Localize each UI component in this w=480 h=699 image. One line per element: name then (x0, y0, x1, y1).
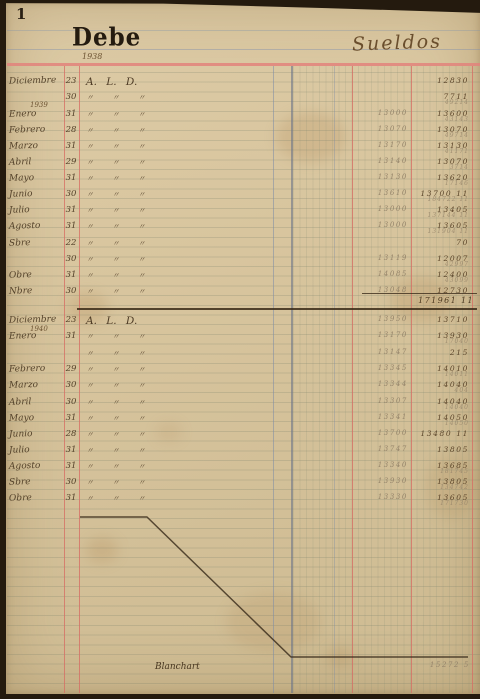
date-label: Julio (9, 444, 63, 455)
sub-amount: 184722 11 (412, 196, 469, 203)
date-label: Diciembre (9, 75, 63, 86)
date-label: Junio (9, 428, 63, 439)
date-label: Diciembre (9, 314, 63, 325)
day-number: 31 (63, 461, 79, 471)
ink-amount: 13480 11 (412, 429, 469, 438)
debit-title: Debe (72, 23, 141, 52)
pencil-amount: 13700 (354, 429, 408, 437)
date-label: Enero (9, 108, 63, 119)
ledger-row: Abril 29 〃 〃 〃 13140 13070 3714 (0, 157, 480, 171)
pencil-amount: 14085 (354, 270, 408, 278)
day-number: 30 (63, 254, 79, 264)
pencil-amount: 13747 (354, 445, 408, 453)
ledger-row: Julio 31 〃 〃 〃 13000 13405 137144 11 (0, 205, 480, 219)
entry-detail: 〃 〃 〃 (86, 221, 206, 232)
ledger-row: Julio 31 〃 〃 〃 13747 13805 (0, 445, 480, 459)
entry-detail: 〃 〃 〃 (86, 286, 206, 297)
sub-amount: 14011 (412, 371, 469, 378)
photo-edge-left (0, 0, 6, 699)
date-label: Agosto (9, 220, 63, 231)
entry-detail: 〃 〃 〃 (86, 92, 206, 103)
entry-detail: 〃 〃 〃 (86, 397, 206, 408)
ledger-row: Obre 31 〃 〃 〃 13330 13605 171730 (0, 493, 480, 507)
date-label: Sbre (9, 476, 63, 487)
sub-amount: 41171 (412, 148, 469, 155)
day-number: 30 (63, 189, 79, 199)
sub-amount: 14040 (412, 404, 469, 411)
ledger-row: Mayo 31 〃 〃 〃 13130 13620 17146 (0, 173, 480, 187)
day-number: 28 (63, 125, 79, 135)
day-number: 30 (63, 380, 79, 390)
sub-amount: 43143 (412, 116, 469, 123)
date-label (9, 347, 63, 348)
entry-detail: 〃 〃 〃 (86, 413, 206, 424)
entry-detail: A. L. D. (86, 76, 206, 88)
date-label: Abril (9, 396, 63, 407)
ledger-row: Diciembre 23 A. L. D. 12830 (0, 76, 480, 90)
entry-detail: 〃 〃 〃 (86, 270, 206, 281)
date-label: Nbre (9, 285, 63, 296)
ledger-row: Abril 30 〃 〃 〃 13307 14040 14040 (0, 397, 480, 411)
date-label: Abril (9, 156, 63, 167)
section-separator-rule (77, 308, 477, 310)
day-number: 31 (63, 493, 79, 503)
entry-detail: 〃 〃 〃 (86, 429, 206, 440)
sub-amount: 3714 (412, 164, 469, 171)
sub-amount: 49714 (412, 132, 469, 139)
entry-detail: 〃 〃 〃 (86, 109, 206, 120)
pencil-amount: 13930 (354, 477, 408, 485)
pencil-amount: 13000 (354, 109, 408, 117)
day-number: 31 (63, 445, 79, 455)
entry-detail: 〃 〃 〃 (86, 348, 206, 359)
ink-amount: 12830 (412, 76, 469, 85)
sub-amount: 131904 11 (412, 228, 469, 235)
pencil-amount: 13147 (354, 348, 408, 356)
day-number: 30 (63, 286, 79, 296)
pencil-amount: 13341 (354, 413, 408, 421)
pencil-amount: 13307 (354, 397, 408, 405)
entry-detail: 〃 〃 〃 (86, 380, 206, 391)
ledger-row: 30 〃 〃 〃 13119 12007 42997 (0, 254, 480, 268)
entry-detail: 〃 〃 〃 (86, 205, 206, 216)
ledger-row: Junio 30 〃 〃 〃 13610 13700 11 184722 11 (0, 189, 480, 203)
ink-amount: 13710 (412, 315, 469, 324)
day-number: 30 (63, 397, 79, 407)
day-number: 23 (63, 315, 79, 325)
ledger-row: Sbre 22 〃 〃 〃 70 (0, 238, 480, 252)
pencil-amount: 13119 (354, 254, 408, 262)
ledger-row: Marzo 30 〃 〃 〃 13344 14040 404 (0, 380, 480, 394)
ledger-row: Sbre 30 〃 〃 〃 13930 13805 134742 (0, 477, 480, 491)
entry-detail: 〃 〃 〃 (86, 461, 206, 472)
day-number: 31 (63, 109, 79, 119)
date-label: Enero (9, 330, 63, 341)
section-total: 171961 11 (412, 296, 474, 305)
date-label (9, 91, 63, 92)
pencil-amount: 13170 (354, 141, 408, 149)
ink-amount: 70 (412, 238, 469, 247)
day-number: 31 (63, 413, 79, 423)
day-number: 31 (63, 270, 79, 280)
ledger-row: Agosto 31 〃 〃 〃 13340 13685 181745 (0, 461, 480, 475)
ledger-row: Marzo 31 〃 〃 〃 13170 13130 41171 (0, 141, 480, 155)
footer-signature: Blanchart (155, 662, 200, 672)
date-label: Marzo (9, 379, 63, 390)
ledger-row: Obre 31 〃 〃 〃 14085 12400 43099 (0, 270, 480, 284)
pencil-amount: 13170 (354, 331, 408, 339)
sub-amount: 14050 (412, 420, 469, 427)
entry-detail: 〃 〃 〃 (86, 254, 206, 265)
ledger-row: 1939 Enero 31 〃 〃 〃 13000 13600 43143 (0, 109, 480, 123)
entry-detail: 〃 〃 〃 (86, 173, 206, 184)
ledger-row: 1940 Diciembre 23 A. L. D. 13950 13710 (0, 315, 480, 329)
entry-detail: 〃 〃 〃 (86, 445, 206, 456)
sub-amount: 137144 11 (412, 212, 469, 219)
entry-detail: 〃 〃 〃 (86, 331, 206, 342)
red-header-rule (7, 63, 480, 66)
ledger-row: Mayo 31 〃 〃 〃 13341 14050 14050 (0, 413, 480, 427)
day-number: 30 (63, 92, 79, 102)
pencil-amount: 13344 (354, 380, 408, 388)
sub-amount: 404 (412, 387, 469, 394)
date-label: Mayo (9, 172, 63, 183)
entry-detail: 〃 〃 〃 (86, 157, 206, 168)
entry-detail: 〃 〃 〃 (86, 493, 206, 504)
date-label: Febrero (9, 363, 63, 374)
day-number: 31 (63, 205, 79, 215)
day-number: 23 (63, 76, 79, 86)
pencil-amount: 13140 (354, 157, 408, 165)
sub-amount: 171730 (412, 500, 469, 507)
sub-amount: 17146 (412, 180, 469, 187)
ledger-row: Enero 31 〃 〃 〃 13170 13930 17040 (0, 331, 480, 345)
scanned-ledger-page: 1 Debe Sueldos 1938 Diciembre 23 A. L. D… (0, 0, 480, 699)
date-label (9, 253, 63, 254)
entry-detail: 〃 〃 〃 (86, 141, 206, 152)
total-rule (362, 293, 477, 294)
entry-detail: 〃 〃 〃 (86, 364, 206, 375)
ledger-row: Febrero 28 〃 〃 〃 13070 13070 49714 (0, 125, 480, 139)
date-label: Agosto (9, 460, 63, 471)
date-label: Febrero (9, 124, 63, 135)
ledger-row: Agosto 31 〃 〃 〃 13000 13605 131904 11 (0, 221, 480, 235)
photo-edge-bottom (0, 694, 480, 699)
day-number: 30 (63, 477, 79, 487)
page-number: 1 (16, 5, 26, 23)
entry-detail: 〃 〃 〃 (86, 477, 206, 488)
account-title: Sueldos (352, 30, 443, 55)
date-label: Julio (9, 204, 63, 215)
date-label: Sbre (9, 237, 63, 248)
entry-detail: 〃 〃 〃 (86, 238, 206, 249)
pencil-amount: 13130 (354, 173, 408, 181)
date-label: Obre (9, 492, 63, 503)
ledger-row: Febrero 29 〃 〃 〃 13345 14010 14011 (0, 364, 480, 378)
entry-detail: 〃 〃 〃 (86, 125, 206, 136)
date-label: Obre (9, 269, 63, 280)
date-label: Junio (9, 188, 63, 199)
day-number: 31 (63, 173, 79, 183)
day-number: 29 (63, 157, 79, 167)
sub-amount: 181745 (412, 468, 469, 475)
day-number: 29 (63, 364, 79, 374)
ledger-row: 〃 〃 〃 13147 215 (0, 348, 480, 362)
pencil-amount: 13330 (354, 493, 408, 501)
ledger-row: 30 〃 〃 〃 7711 49214 (0, 92, 480, 106)
date-label: Mayo (9, 412, 63, 423)
pencil-amount: 13340 (354, 461, 408, 469)
day-number: 31 (63, 141, 79, 151)
entry-detail: A. L. D. (86, 315, 206, 327)
pencil-amount: 13950 (354, 315, 408, 323)
pencil-amount: 13000 (354, 221, 408, 229)
sub-amount: 17040 (412, 338, 469, 345)
ink-amount: 215 (412, 348, 469, 357)
sub-amount: 49214 (412, 99, 469, 106)
pencil-amount: 13000 (354, 205, 408, 213)
date-label: Marzo (9, 140, 63, 151)
pencil-amount: 13070 (354, 125, 408, 133)
pencil-amount: 13610 (354, 189, 408, 197)
sub-amount: 134742 (412, 484, 469, 491)
ink-amount: 13805 (412, 445, 469, 454)
ledger-row: Junio 28 〃 〃 〃 13700 13480 11 (0, 429, 480, 443)
pencil-amount: 13345 (354, 364, 408, 372)
footer-amount: 15272 5 (418, 661, 470, 669)
year-heading: 1938 (82, 52, 102, 61)
day-number: 22 (63, 238, 79, 248)
day-number: 28 (63, 429, 79, 439)
day-number: 31 (63, 331, 79, 341)
sub-amount: 42997 (412, 261, 469, 268)
sub-amount: 43099 (412, 277, 469, 284)
entry-detail: 〃 〃 〃 (86, 189, 206, 200)
day-number: 31 (63, 221, 79, 231)
